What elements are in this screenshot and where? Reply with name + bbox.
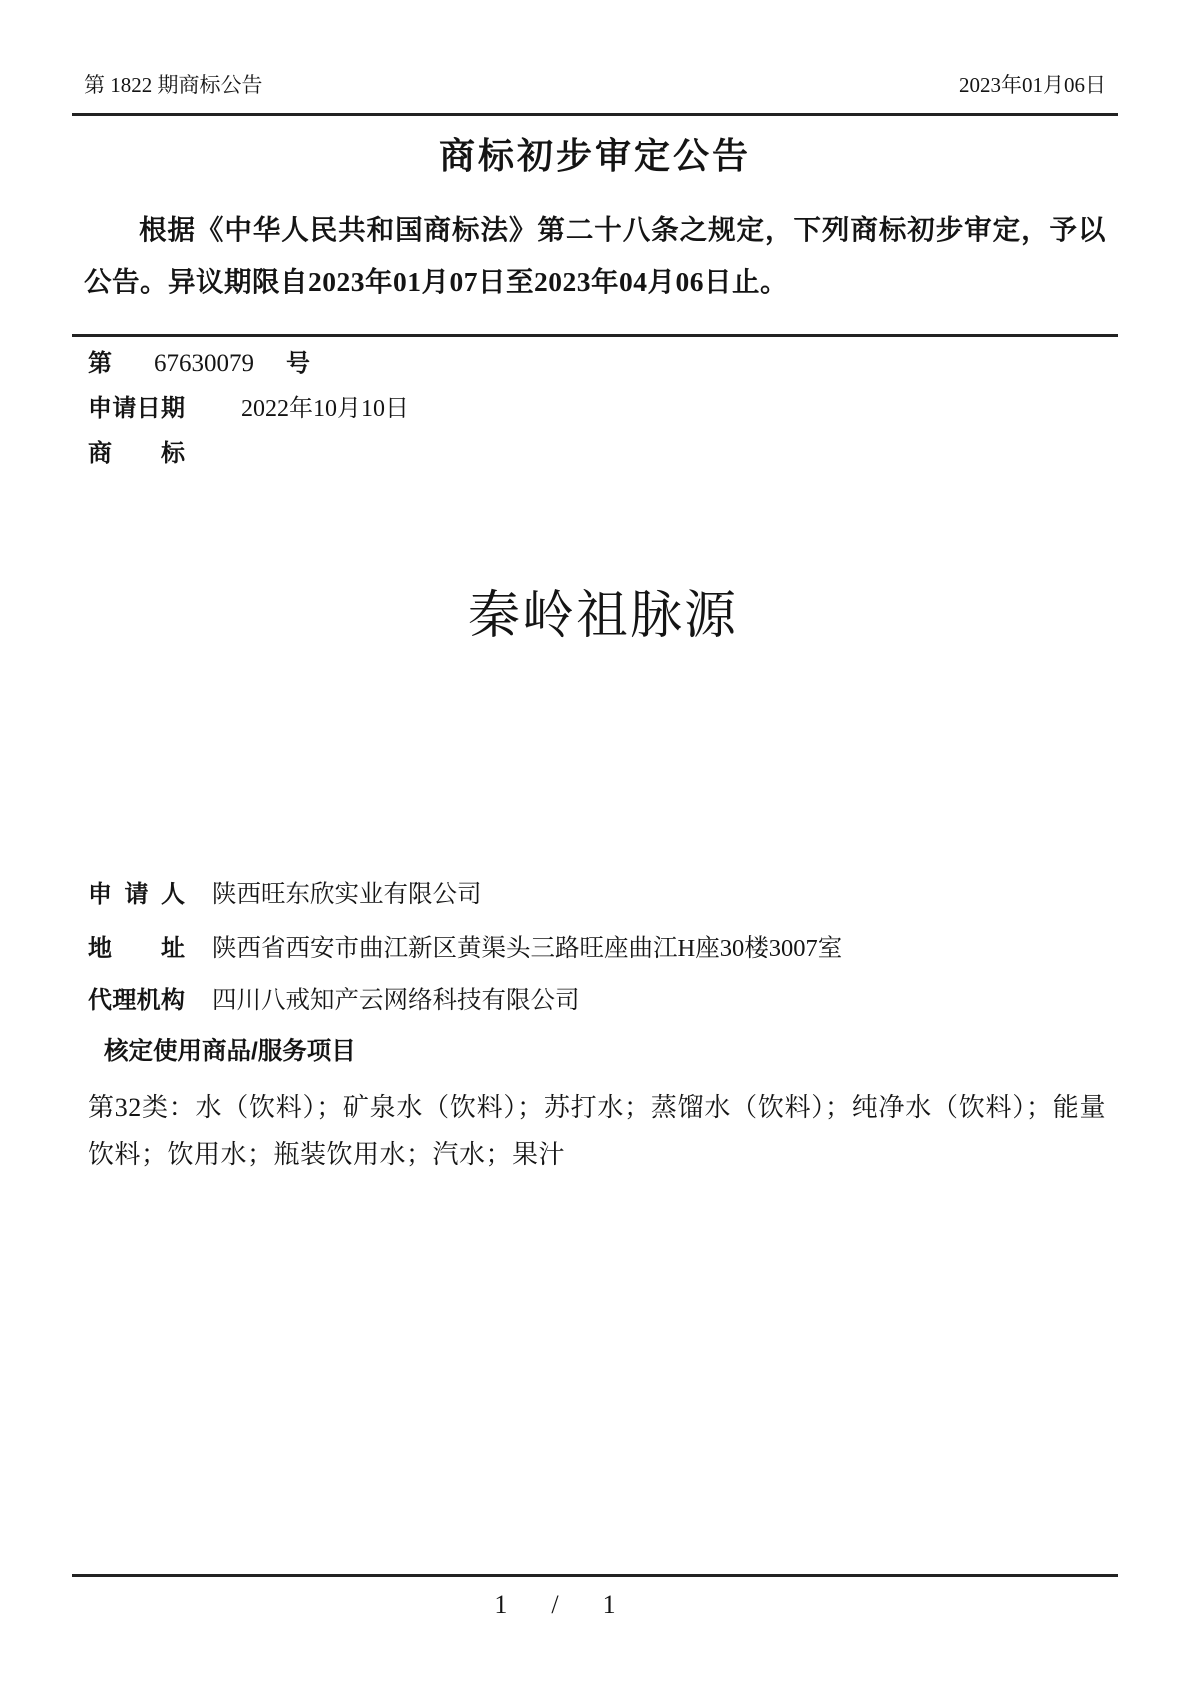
gazette-issue-title: 第 1822 期商标公告: [84, 72, 263, 98]
registration-number: 67630079: [154, 350, 254, 377]
page-header: 第 1822 期商标公告 2023年01月06日: [72, 72, 1118, 98]
trademark-label: 商标: [88, 439, 185, 469]
goods-services-heading: 核定使用商品/服务项目: [104, 1037, 1118, 1067]
gazette-page: 第 1822 期商标公告 2023年01月06日 商标初步审定公告 根据《中华人…: [0, 0, 1190, 1684]
current-page-number: 1: [494, 1589, 507, 1621]
page-indicator: 1 / 1: [32, 1589, 1078, 1621]
registration-number-suffix: 号: [286, 350, 310, 377]
trademark-name: 秦岭祖脉源: [88, 469, 1118, 647]
gazette-date: 2023年01月06日: [959, 72, 1106, 98]
total-page-number: 1: [603, 1589, 616, 1621]
page-separator: /: [551, 1589, 558, 1621]
trademark-label-row: 商标: [88, 439, 1118, 469]
page-content: 第 1822 期商标公告 2023年01月06日 商标初步审定公告 根据《中华人…: [72, 0, 1118, 1178]
agency-value: 四川八戒知产云网络科技有限公司: [212, 987, 580, 1014]
applicant-label: 申请人: [88, 880, 185, 910]
record-fields: 第 67630079 号 申请日期 2022年10月10日 商标 秦岭祖脉源 申…: [88, 349, 1118, 1067]
goods-services-list: 第32类：水（饮料）；矿泉水（饮料）；苏打水；蒸馏水（饮料）；纯净水（饮料）；能…: [88, 1084, 1106, 1178]
section-rule: [72, 334, 1118, 337]
apply-date-row: 申请日期 2022年10月10日: [88, 394, 1118, 424]
agency-label: 代理机构: [88, 986, 185, 1016]
apply-date-value: 2022年10月10日: [241, 396, 409, 422]
announcement-intro: 根据《中华人民共和国商标法》第二十八条之规定，下列商标初步审定，予以公告。异议期…: [84, 204, 1106, 308]
applicant-value: 陕西旺东欣实业有限公司: [212, 881, 482, 908]
page-footer: 1 / 1: [72, 1574, 1118, 1621]
agency-row: 代理机构 四川八戒知产云网络科技有限公司: [88, 986, 1118, 1016]
address-value: 陕西省西安市曲江新区黄渠头三路旺座曲江H座30楼3007室: [212, 935, 842, 962]
address-label: 地址: [88, 934, 185, 964]
footer-rule: [72, 1574, 1118, 1577]
header-rule: [72, 113, 1118, 116]
announcement-title: 商标初步审定公告: [72, 132, 1118, 180]
trademark-display-area: 秦岭祖脉源: [88, 469, 1118, 874]
applicant-row: 申请人 陕西旺东欣实业有限公司: [88, 880, 1118, 910]
apply-date-label: 申请日期: [88, 394, 185, 424]
registration-number-prefix: 第: [88, 350, 112, 377]
registration-number-row: 第 67630079 号: [88, 349, 1118, 379]
address-row: 地址 陕西省西安市曲江新区黄渠头三路旺座曲江H座30楼3007室: [88, 934, 1118, 964]
